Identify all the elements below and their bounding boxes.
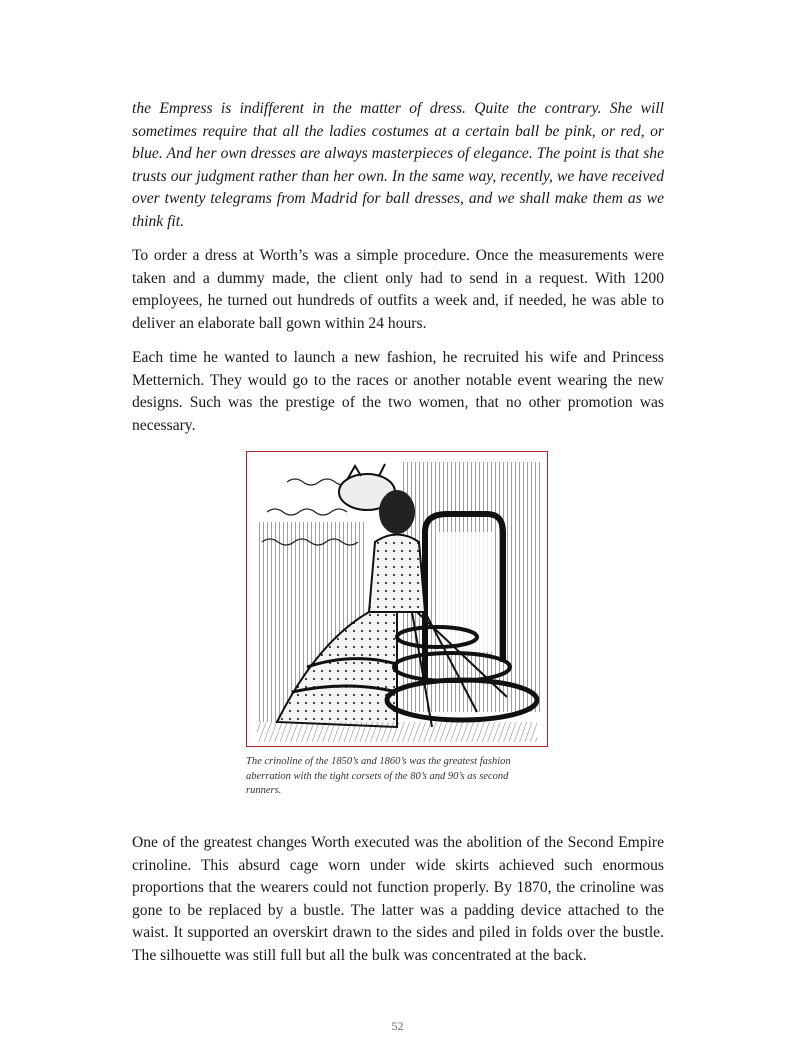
page-body-bottom: One of the greatest changes Worth execut…	[132, 832, 664, 967]
paragraph-promotion: Each time he wanted to launch a new fash…	[132, 347, 664, 437]
paragraph-ordering: To order a dress at Worth’s was a simple…	[132, 245, 664, 335]
page-number: 52	[0, 1019, 795, 1034]
figure-caption: The crinoline of the 1850’s and 1860’s w…	[246, 755, 536, 799]
figure: The crinoline of the 1850’s and 1860’s w…	[246, 451, 548, 799]
crinoline-illustration	[246, 451, 548, 747]
quote-paragraph: the Empress is indifferent in the matter…	[132, 98, 664, 233]
page-body-top: the Empress is indifferent in the matter…	[132, 98, 664, 437]
paragraph-crinoline: One of the greatest changes Worth execut…	[132, 832, 664, 967]
engraving-image-icon	[247, 452, 547, 746]
